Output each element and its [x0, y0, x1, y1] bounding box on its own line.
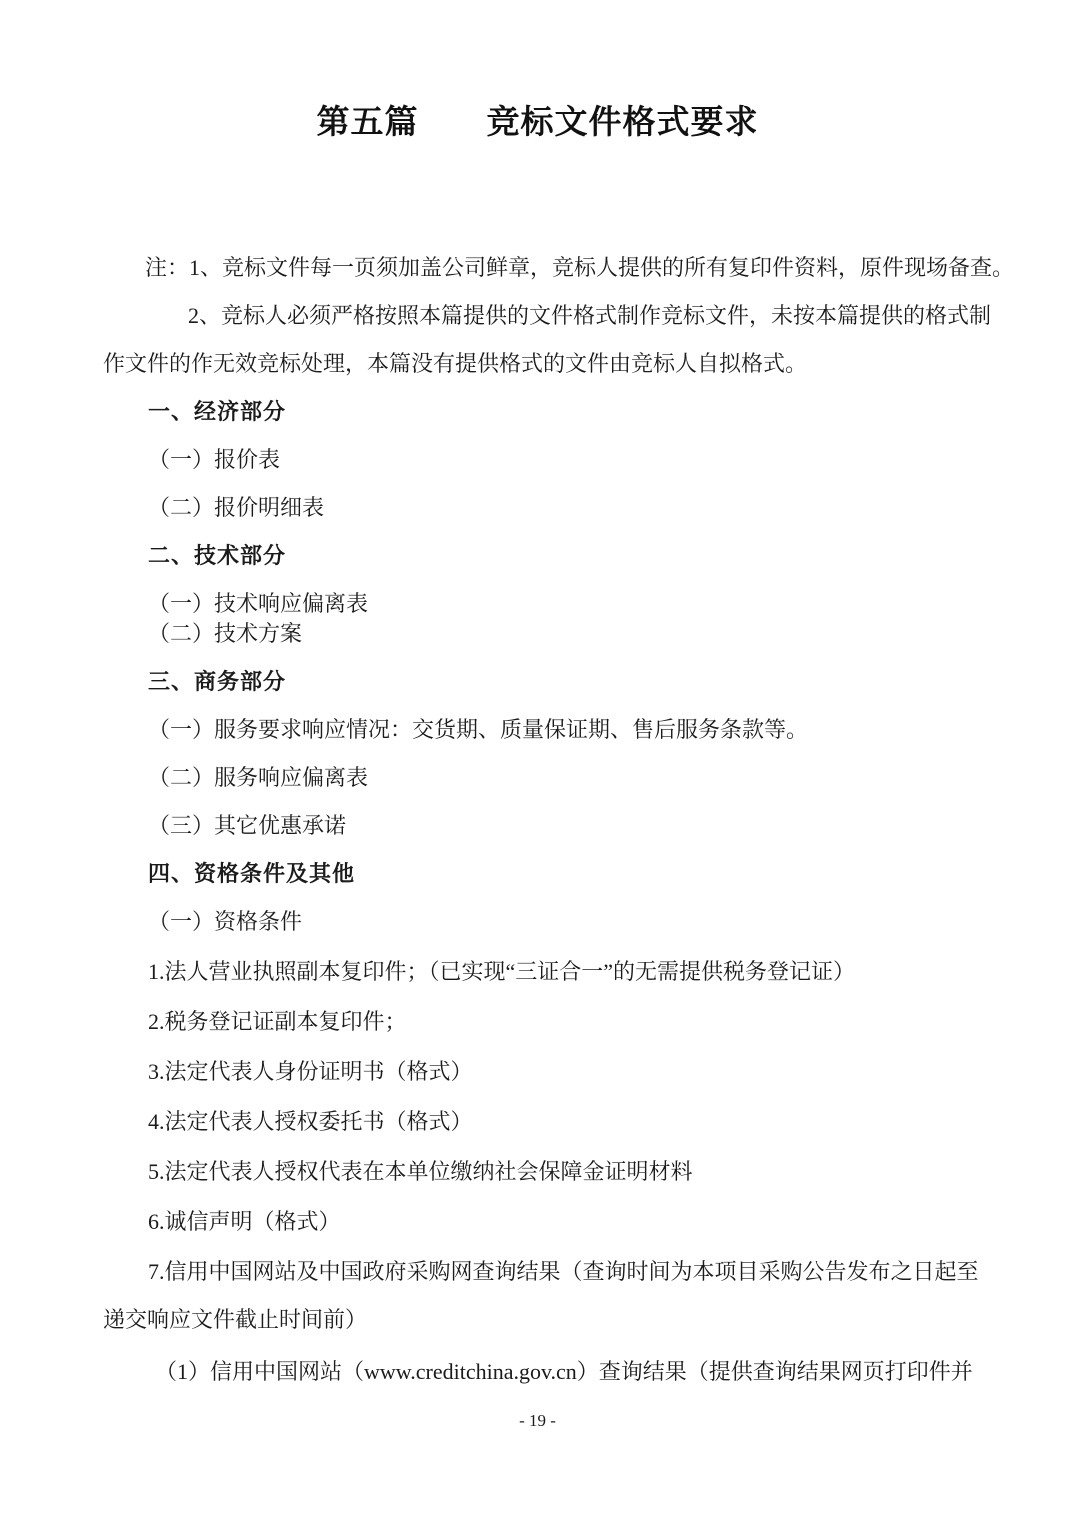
- page-number: - 19 -: [0, 1406, 1075, 1436]
- item-social-security-proof: 5.法定代表人授权代表在本单位缴纳社会保障金证明材料: [103, 1157, 983, 1187]
- document-body: 注：1、竞标文件每一页须加盖公司鲜章，竞标人提供的所有复印件资料，原件现场备查。…: [103, 235, 983, 1387]
- note-line-2: 2、竞标人必须严格按照本篇提供的文件格式制作竞标文件，未按本篇提供的格式制: [103, 301, 983, 331]
- item-business-license: 1.法人营业执照副本复印件；（已实现“三证合一”的无需提供税务登记证）: [103, 957, 983, 987]
- item-credit-check-continued: 递交响应文件截止时间前）: [103, 1305, 983, 1335]
- heading-technical-part: 二、技术部分: [103, 541, 983, 571]
- item-quotation-detail-table: （二）报价明细表: [103, 493, 983, 523]
- item-service-response: （一）服务要求响应情况：交货期、质量保证期、售后服务条款等。: [103, 715, 983, 745]
- item-integrity-declaration: 6.诚信声明（格式）: [103, 1207, 983, 1237]
- item-technical-deviation-table: （一）技术响应偏离表: [103, 589, 983, 619]
- item-tax-registration: 2.税务登记证副本复印件；: [103, 1007, 983, 1037]
- item-legal-rep-authorization: 4.法定代表人授权委托书（格式）: [103, 1107, 983, 1137]
- heading-commercial-part: 三、商务部分: [103, 667, 983, 697]
- item-creditchina-result: （1）信用中国网站（www.creditchina.gov.cn）查询结果（提供…: [103, 1357, 983, 1387]
- heading-economic-part: 一、经济部分: [103, 397, 983, 427]
- heading-qualification-part: 四、资格条件及其他: [103, 859, 983, 889]
- note-line-2-continued: 作文件的作无效竞标处理，本篇没有提供格式的文件由竞标人自拟格式。: [103, 349, 983, 379]
- note-line-1: 注：1、竞标文件每一页须加盖公司鲜章，竞标人提供的所有复印件资料，原件现场备查。: [103, 253, 983, 283]
- item-qualification: （一）资格条件: [103, 907, 983, 937]
- item-technical-plan: （二）技术方案: [103, 619, 983, 649]
- item-other-offers: （三）其它优惠承诺: [103, 811, 983, 841]
- item-quotation-table: （一）报价表: [103, 445, 983, 475]
- item-credit-check: 7.信用中国网站及中国政府采购网查询结果（查询时间为本项目采购公告发布之日起至: [103, 1257, 983, 1287]
- item-service-deviation-table: （二）服务响应偏离表: [103, 763, 983, 793]
- item-legal-rep-identity: 3.法定代表人身份证明书（格式）: [103, 1057, 983, 1087]
- document-page: 第五篇 竞标文件格式要求 注：1、竞标文件每一页须加盖公司鲜章，竞标人提供的所有…: [0, 0, 1075, 1520]
- page-title: 第五篇 竞标文件格式要求: [0, 96, 1075, 143]
